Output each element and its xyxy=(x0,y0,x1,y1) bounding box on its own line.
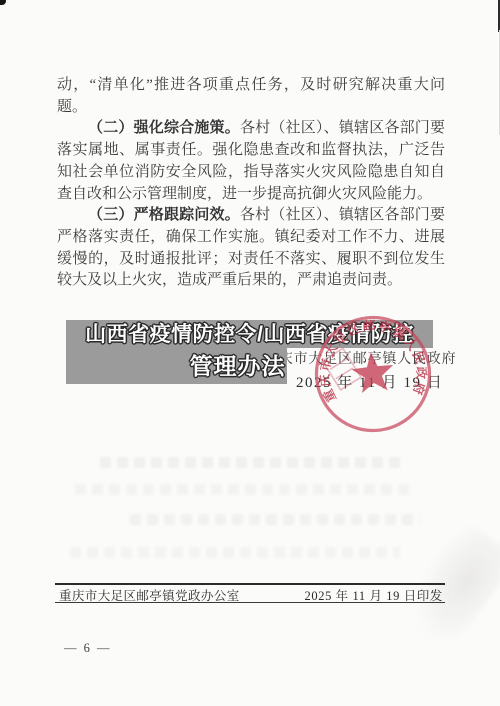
footer-rule-bottom xyxy=(55,602,445,603)
scan-corner-mark xyxy=(0,0,6,5)
paragraph: （二）强化综合施策。各村（社区）、镇辖区各部门要落实属地、属事责任。强化隐患查改… xyxy=(57,118,445,205)
paragraph-lead: （三）严格跟踪问效。 xyxy=(88,207,240,223)
scanned-document-page: 动，“清单化”推进各项重点任务，及时研究解决重大问题。 （二）强化综合施策。各村… xyxy=(0,0,500,706)
bleed-through-artifact xyxy=(70,547,400,558)
paragraph-lead: （二）强化综合施策。 xyxy=(88,120,240,136)
official-seal: 重庆市大足区邮亭镇人民政府 xyxy=(306,307,440,441)
footer-rule-top xyxy=(55,583,445,585)
paragraph: （三）严格跟踪问效。各村（社区）、镇辖区各部门要严格落实责任，确保工作实施。镇纪… xyxy=(57,205,445,292)
page-number: — 6 — xyxy=(64,641,112,656)
paragraph-text: 动，“清单化”推进各项重点任务，及时研究解决重大问题。 xyxy=(57,77,445,115)
bleed-through-artifact xyxy=(100,457,400,468)
document-body: 动，“清单化”推进各项重点任务，及时研究解决重大问题。 （二）强化综合施策。各村… xyxy=(57,75,445,292)
paragraph: 动，“清单化”推进各项重点任务，及时研究解决重大问题。 xyxy=(57,75,445,118)
bleed-through-artifact xyxy=(130,514,420,525)
bleed-through-artifact xyxy=(75,484,415,495)
seal-star-icon xyxy=(350,350,396,394)
